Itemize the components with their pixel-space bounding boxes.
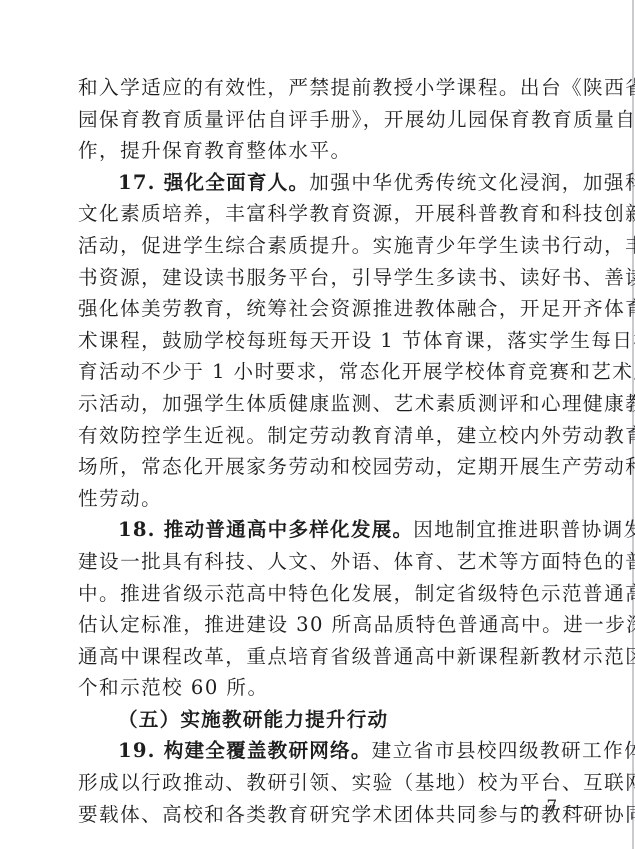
text-line: 个和示范校 60 所。: [78, 672, 578, 704]
text-line: 术课程，鼓励学校每班每天开设 1 节体育课，落实学生每日校内体: [78, 325, 578, 357]
text-line: 有效防控学生近视。制定劳动教育清单，建立校内外劳动教育实践: [78, 420, 578, 452]
text-line: 园保育教育质量评估自评手册》，开展幼儿园保育教育质量自评工: [78, 104, 578, 136]
section-5-title: （五）实施教研能力提升行动: [118, 708, 388, 731]
item-19-text: 建立省市县校四级教研工作体系，: [372, 739, 635, 762]
text-line: 要载体、高校和各类教育研究学术团体共同参与的教科研协同机: [78, 799, 578, 831]
text-line: 活动，促进学生综合素质提升。实施青少年学生读书行动，丰富读: [78, 230, 578, 262]
item-17-heading-line: 17. 强化全面育人。加强中华优秀传统文化浸润，加强科学与: [78, 167, 578, 199]
section-5-heading: （五）实施教研能力提升行动: [78, 704, 578, 736]
text-line: 文化素质培养，丰富科学教育资源，开展科普教育和科技创新实践: [78, 198, 578, 230]
page-number: — 7 —: [520, 797, 586, 817]
text-line: 强化体美劳教育，统筹社会资源推进教体融合，开足开齐体育和艺: [78, 293, 578, 325]
item-17-title: 17. 强化全面育人。: [118, 171, 309, 194]
item-18-title: 18. 推动普通高中多样化发展。: [118, 518, 413, 541]
text-line: 场所，常态化开展家务劳动和校园劳动，定期开展生产劳动和服务: [78, 451, 578, 483]
item-17-text: 加强中华优秀传统文化浸润，加强科学与: [309, 171, 635, 194]
text-line: 育活动不少于 1 小时要求，常态化开展学校体育竞赛和艺术展演展: [78, 356, 578, 388]
text-line: 性劳动。: [78, 483, 578, 515]
text-line: 和入学适应的有效性，严禁提前教授小学课程。出台《陕西省幼儿: [78, 72, 578, 104]
text-line: 中。推进省级示范高中特色化发展，制定省级特色示范普通高中评: [78, 578, 578, 610]
text-line: 形成以行政推动、教研引领、实验（基地）校为平台、互联网为主: [78, 767, 578, 799]
item-19-title: 19. 构建全覆盖教研网络。: [118, 739, 372, 762]
document-page: 和入学适应的有效性，严禁提前教授小学课程。出台《陕西省幼儿 园保育教育质量评估自…: [78, 72, 578, 830]
item-19-heading-line: 19. 构建全覆盖教研网络。建立省市县校四级教研工作体系，: [78, 735, 578, 767]
text-line: 书资源，建设读书服务平台，引导学生多读书、读好书、善读书。: [78, 262, 578, 294]
text-line: 估认定标准，推进建设 30 所高品质特色普通高中。进一步深化普: [78, 609, 578, 641]
text-line: 通高中课程改革，重点培育省级普通高中新课程新教材示范区 20: [78, 641, 578, 673]
text-line: 建设一批具有科技、人文、外语、体育、艺术等方面特色的普通高: [78, 546, 578, 578]
item-18-heading-line: 18. 推动普通高中多样化发展。因地制宜推进职普协调发展，: [78, 514, 578, 546]
text-line: 示活动，加强学生体质健康监测、艺术素质测评和心理健康教育，: [78, 388, 578, 420]
text-line: 作，提升保育教育整体水平。: [78, 135, 578, 167]
item-18-text: 因地制宜推进职普协调发展，: [413, 518, 635, 541]
